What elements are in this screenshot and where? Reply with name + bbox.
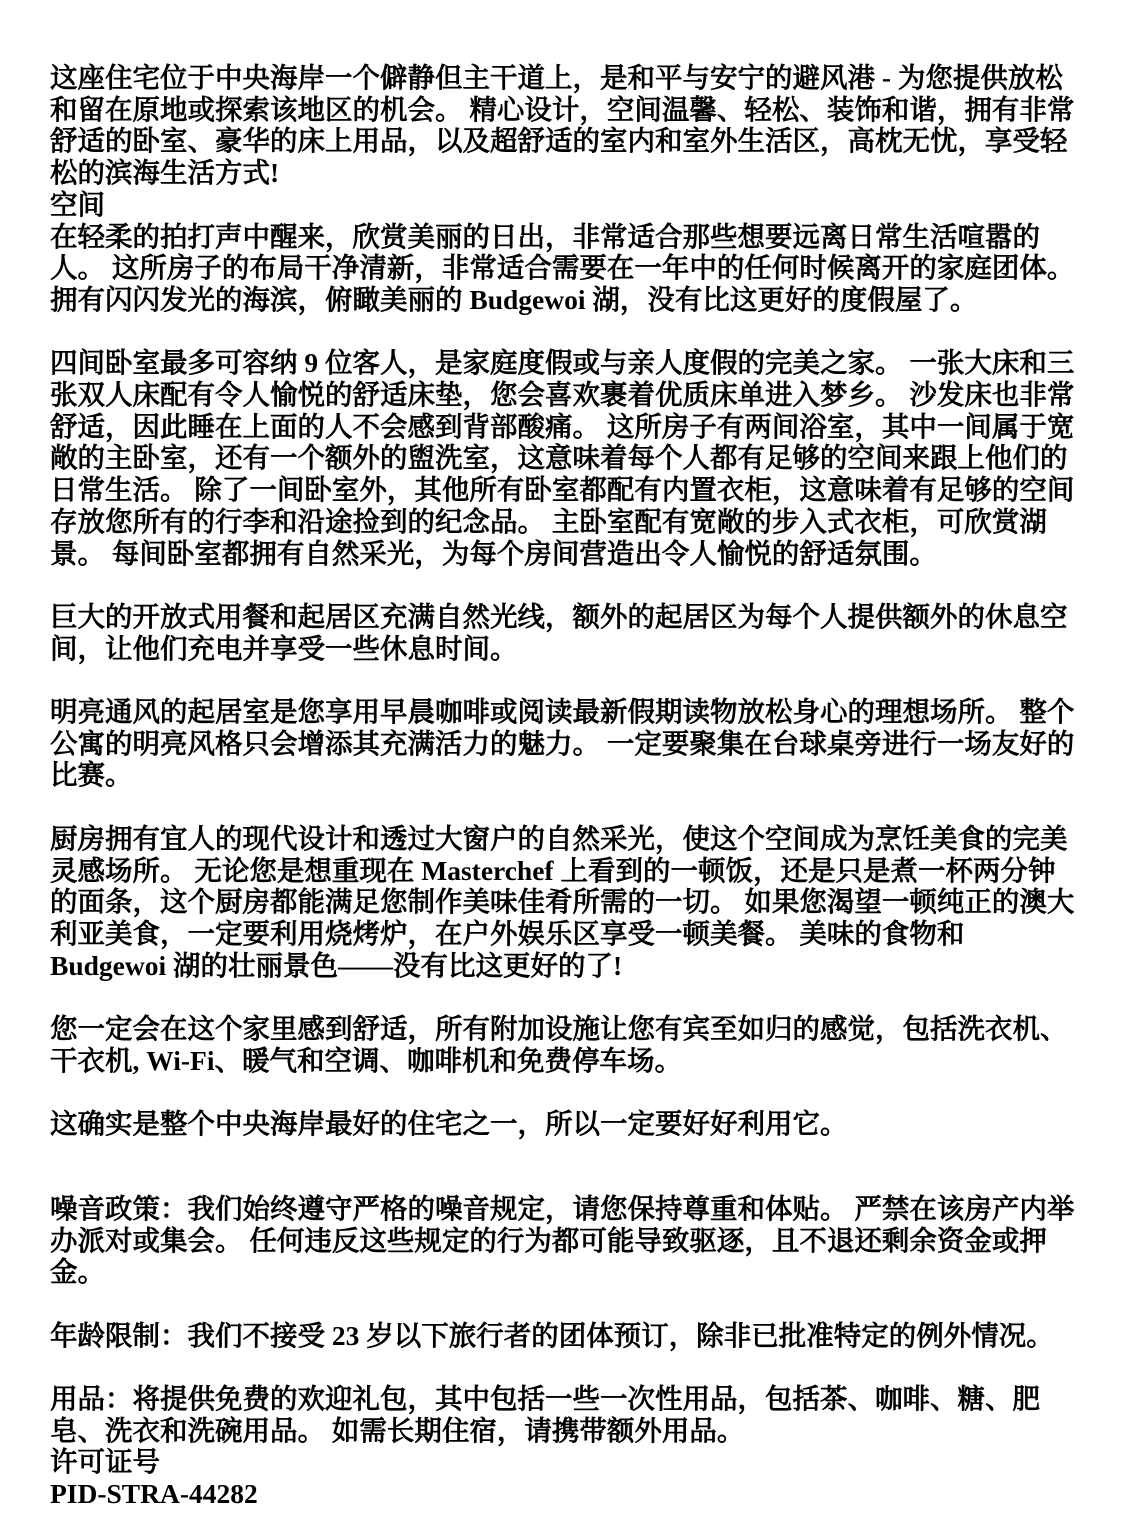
bedrooms-paragraph: 四间卧室最多可容纳 9 位客人，是家庭度假或与亲人度假的完美之家。 一张大床和三… bbox=[50, 347, 1077, 569]
license-number: PID-STRA-44282 bbox=[50, 1478, 1077, 1510]
lounge-paragraph: 明亮通风的起居室是您享用早晨咖啡或阅读最新假期读物放松身心的理想场所。 整个公寓… bbox=[50, 696, 1077, 791]
space-paragraph: 在轻柔的拍打声中醒来，欣赏美丽的日出，非常适合那些想要远离日常生活喧嚣的人。 这… bbox=[50, 221, 1077, 316]
property-description-document: 这座住宅位于中央海岸一个僻静但主干道上，是和平与安宁的避风港 - 为您提供放松和… bbox=[0, 0, 1125, 1510]
amenities-paragraph: 您一定会在这个家里感到舒适，所有附加设施让您有宾至如归的感觉，包括洗衣机、干衣机… bbox=[50, 1013, 1077, 1076]
intro-paragraph: 这座住宅位于中央海岸一个僻静但主干道上，是和平与安宁的避风港 - 为您提供放松和… bbox=[50, 62, 1077, 189]
license-label: 许可证号 bbox=[50, 1446, 1077, 1478]
age-policy-paragraph: 年龄限制：我们不接受 23 岁以下旅行者的团体预订，除非已批准特定的例外情况。 bbox=[50, 1320, 1077, 1352]
closing-paragraph: 这确实是整个中央海岸最好的住宅之一，所以一定要好好利用它。 bbox=[50, 1108, 1077, 1140]
kitchen-paragraph: 厨房拥有宜人的现代设计和透过大窗户的自然采光，使这个空间成为烹饪美食的完美灵感场… bbox=[50, 823, 1077, 982]
noise-policy-paragraph: 噪音政策：我们始终遵守严格的噪音规定，请您保持尊重和体贴。 严禁在该房产内举办派… bbox=[50, 1193, 1077, 1288]
dining-living-paragraph: 巨大的开放式用餐和起居区充满自然光线，额外的起居区为每个人提供额外的休息空间，让… bbox=[50, 601, 1077, 664]
space-heading: 空间 bbox=[50, 189, 1077, 221]
supplies-paragraph: 用品：将提供免费的欢迎礼包，其中包括一些一次性用品，包括茶、咖啡、糖、肥皂、洗衣… bbox=[50, 1383, 1077, 1446]
